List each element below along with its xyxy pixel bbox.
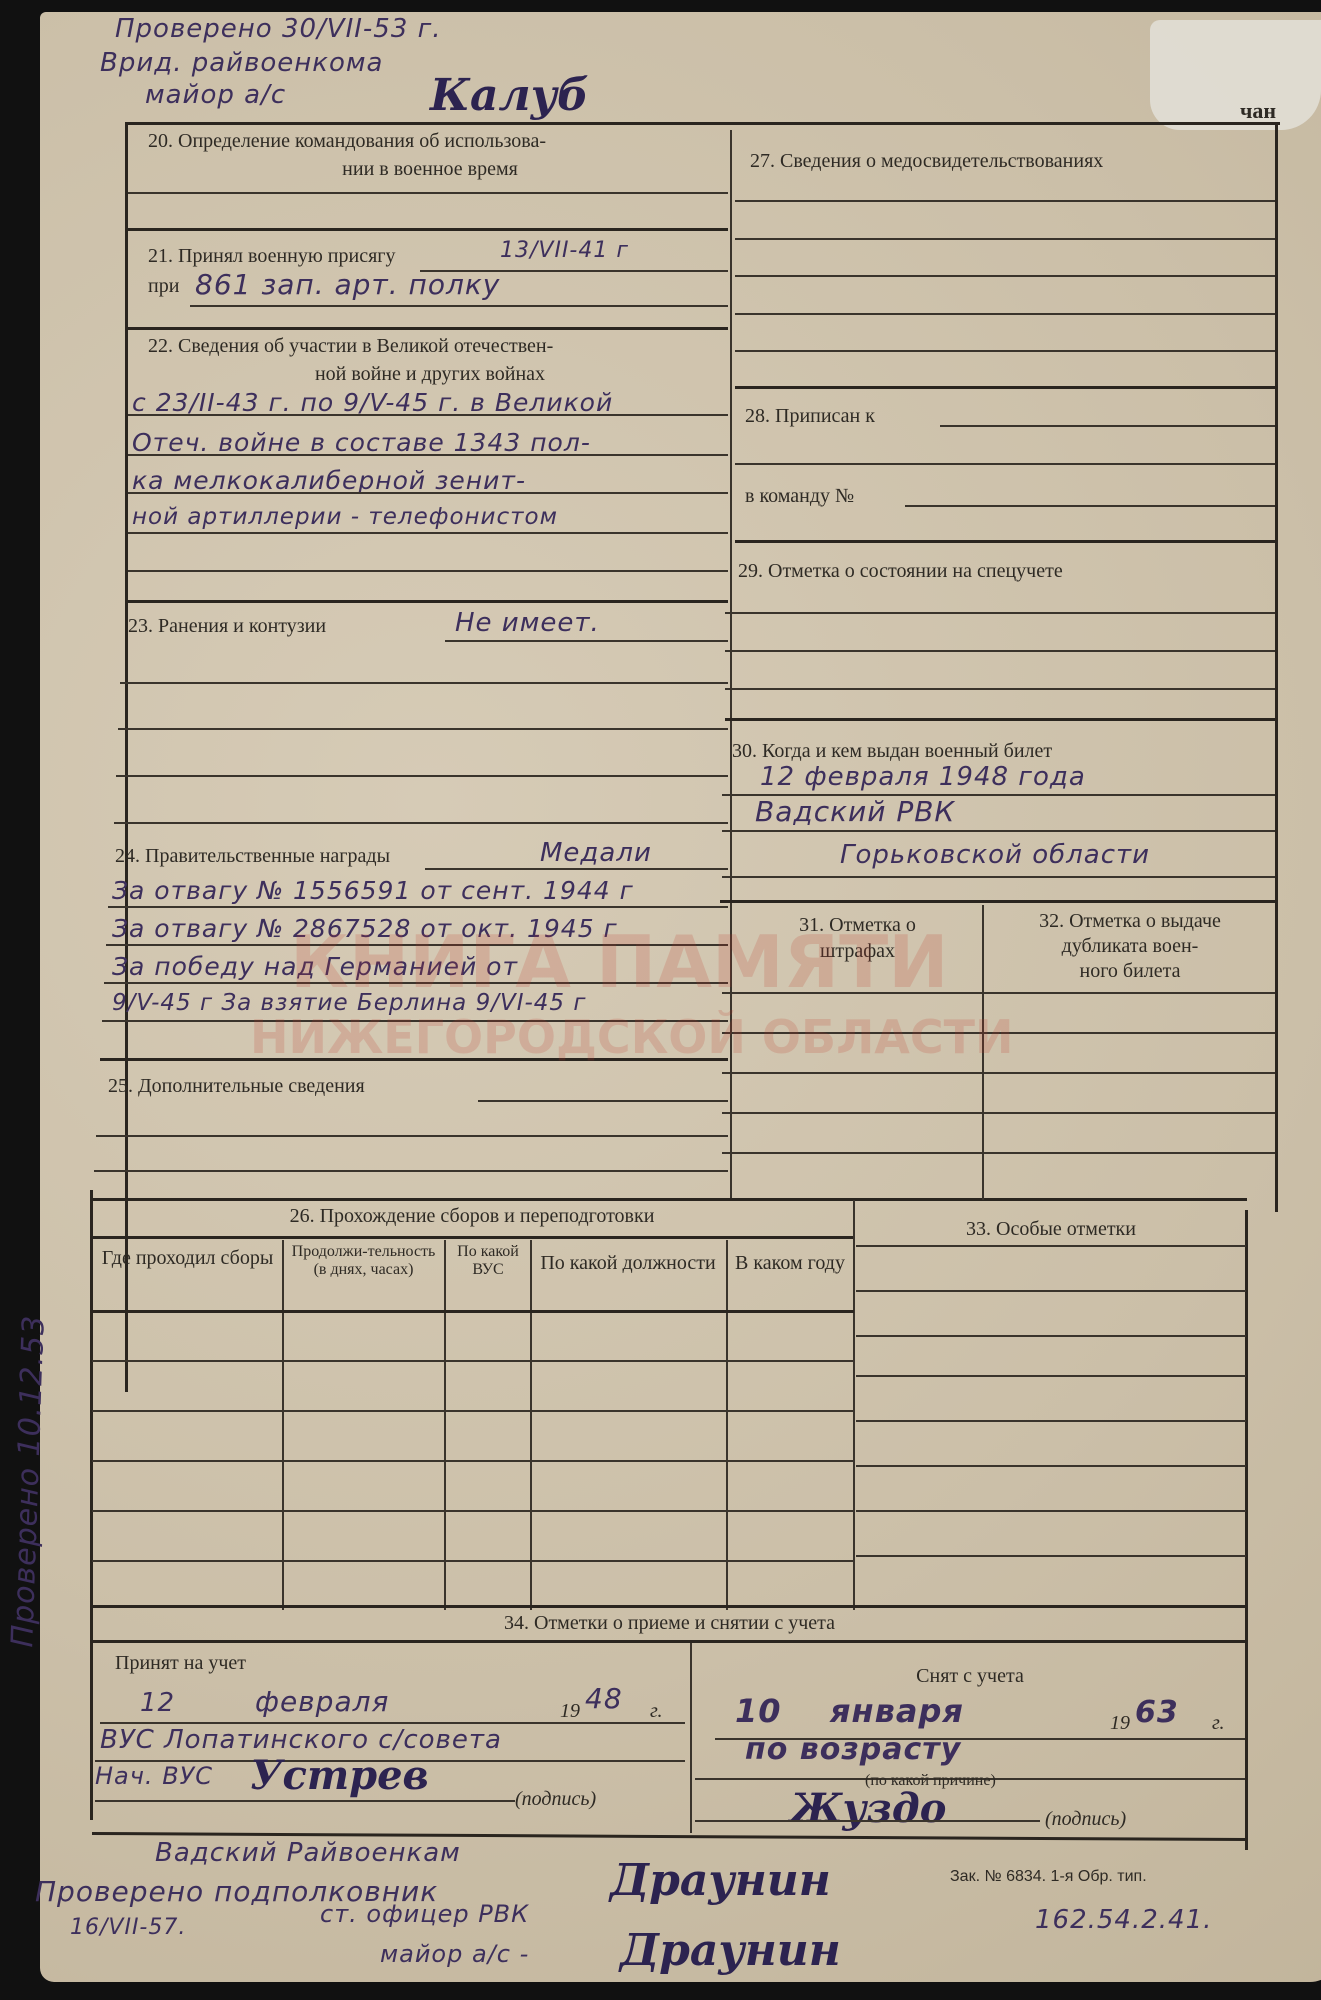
accepted-year: 48 bbox=[585, 1682, 623, 1715]
accepted-year-prefix: 19 bbox=[560, 1700, 580, 1723]
accepted-year-suffix: г. bbox=[650, 1700, 663, 1723]
table-right-border bbox=[853, 1200, 855, 1610]
rule bbox=[735, 463, 1275, 465]
field-27-label: 27. Сведения о медосвидетельствованиях bbox=[750, 150, 1103, 173]
rule bbox=[940, 425, 1275, 427]
bottom-signature-2: Драунин bbox=[620, 1925, 841, 1976]
accepted-line2: ВУС Лопатинского с/совета bbox=[100, 1725, 502, 1755]
field-28-team-label: в команду № bbox=[745, 485, 854, 508]
rule bbox=[445, 640, 728, 642]
field-34-divider bbox=[690, 1643, 692, 1833]
rule bbox=[92, 1310, 854, 1313]
frame-right-upper bbox=[1275, 122, 1278, 1212]
field-21-date: 13/VII-41 г bbox=[500, 238, 629, 263]
rule bbox=[856, 1420, 1246, 1422]
rule bbox=[92, 1640, 1247, 1643]
rule bbox=[118, 728, 728, 730]
top-signature: Калуб bbox=[430, 70, 589, 121]
rule bbox=[725, 688, 1275, 690]
rule bbox=[735, 200, 1275, 202]
bottom-date: 16/VII-57. bbox=[70, 1915, 186, 1940]
accepted-day: 12 bbox=[140, 1688, 175, 1718]
field-23-label: 23. Ранения и контузии bbox=[128, 615, 326, 638]
field-23-value: Не имеет. bbox=[455, 608, 600, 638]
rule bbox=[92, 1198, 1247, 1201]
frame-right-lower bbox=[1245, 1210, 1248, 1850]
removed-month: января bbox=[830, 1692, 964, 1730]
removed-signature: Жуздо bbox=[790, 1785, 946, 1832]
rule bbox=[116, 775, 728, 777]
rule bbox=[128, 454, 728, 456]
rule bbox=[722, 1072, 1275, 1074]
col-header-vus: По какой ВУС bbox=[447, 1243, 529, 1279]
table-row bbox=[92, 1510, 854, 1512]
frame-left-upper bbox=[125, 122, 128, 1392]
ticket-line2: Вадский РВК bbox=[755, 795, 955, 828]
rule bbox=[725, 650, 1275, 652]
field-22-line1: с 23/II-43 г. по 9/V-45 г. в Великой bbox=[132, 388, 613, 417]
accepted-line3: Нач. ВУС bbox=[95, 1762, 213, 1790]
rule bbox=[722, 830, 1275, 832]
rule bbox=[425, 868, 728, 870]
rule bbox=[128, 492, 728, 494]
frame-left-lower bbox=[90, 1190, 93, 1820]
ticket-line1: 12 февраля 1948 года bbox=[760, 762, 1086, 792]
col-divider bbox=[444, 1240, 446, 1610]
rule bbox=[722, 876, 1275, 878]
removed-day: 10 bbox=[735, 1692, 782, 1730]
rule bbox=[720, 900, 1275, 903]
rule bbox=[735, 313, 1275, 315]
table-row bbox=[92, 1360, 854, 1362]
removed-year-prefix: 19 bbox=[1110, 1712, 1130, 1735]
rule bbox=[856, 1555, 1246, 1557]
watermark-line2: НИЖЕГОРОДСКОЙ ОБЛАСТИ bbox=[250, 1010, 1014, 1064]
accepted-sign-label: (подпись) bbox=[515, 1788, 596, 1811]
field-28-label: 28. Приписан к bbox=[745, 405, 875, 428]
field-22-line4: ной артиллерии - телефонистом bbox=[132, 504, 558, 530]
rule bbox=[725, 718, 1275, 721]
field-21-label: 21. Принял военную присягу bbox=[148, 245, 396, 268]
rule bbox=[190, 305, 728, 307]
accepted-month: февраля bbox=[255, 1685, 389, 1718]
bottom-line4: майор а/с - bbox=[380, 1940, 529, 1968]
rule bbox=[856, 1465, 1246, 1467]
field-25-label: 25. Дополнительные сведения bbox=[108, 1075, 365, 1098]
removed-sign-label: (подпись) bbox=[1045, 1808, 1126, 1831]
top-note-line2: Врид. райвоенкома bbox=[100, 48, 383, 78]
col-header-where: Где проходил сборы bbox=[95, 1245, 280, 1271]
col-divider bbox=[282, 1240, 284, 1610]
award-line1: За отвагу № 1556591 от сент. 1944 г bbox=[112, 876, 634, 905]
paper-stain bbox=[1150, 20, 1321, 130]
field-20-label-cont: нии в военное время bbox=[130, 158, 730, 181]
ticket-line3: Горьковской области bbox=[840, 840, 1150, 870]
rule bbox=[856, 1510, 1246, 1512]
rule bbox=[856, 1375, 1246, 1377]
rule bbox=[128, 192, 728, 194]
col-divider bbox=[726, 1240, 728, 1610]
rule bbox=[722, 1112, 1275, 1114]
removed-label: Снят с учета bbox=[695, 1665, 1245, 1688]
field-32-label-cont2: ного билета bbox=[985, 960, 1275, 983]
field-22-label-cont: ной войне и других войнах bbox=[130, 363, 730, 386]
table-row bbox=[92, 1560, 854, 1562]
rule bbox=[92, 1605, 1247, 1608]
col-header-year: В каком году bbox=[730, 1250, 850, 1276]
field-24-label: 24. Правительственные награды bbox=[115, 845, 390, 868]
field-22-label: 22. Сведения об участии в Великой отечес… bbox=[148, 335, 553, 358]
rule bbox=[856, 1335, 1246, 1337]
rule bbox=[735, 350, 1275, 352]
rule bbox=[94, 1170, 728, 1172]
table-row bbox=[92, 1410, 854, 1412]
bottom-signature-1: Драунин bbox=[610, 1855, 831, 1906]
rule bbox=[735, 540, 1275, 543]
rule bbox=[128, 600, 728, 603]
field-20-label: 20. Определение командования об использо… bbox=[148, 130, 546, 153]
col-divider bbox=[530, 1240, 532, 1610]
field-29-label: 29. Отметка о состоянии на спецучете bbox=[738, 560, 1063, 583]
frame-top bbox=[125, 122, 1280, 125]
top-note-line1: Проверено 30/VII-53 г. bbox=[115, 14, 442, 44]
archive-code: 162.54.2.41. bbox=[1035, 1905, 1212, 1935]
accepted-label: Принят на учет bbox=[115, 1652, 246, 1675]
field-21-at-label: при bbox=[148, 275, 179, 298]
col-header-duration: Продолжи-тельность (в днях, часах) bbox=[285, 1243, 442, 1279]
rule bbox=[128, 228, 728, 231]
rule bbox=[100, 1722, 685, 1724]
corner-text: чан bbox=[1240, 98, 1276, 124]
field-33-label: 33. Особые отметки bbox=[856, 1218, 1246, 1241]
rule bbox=[128, 414, 728, 416]
rule bbox=[128, 532, 728, 534]
rule bbox=[108, 906, 728, 908]
removed-year-suffix: г. bbox=[1212, 1712, 1225, 1735]
field-34-title: 34. Отметки о приеме и снятии с учета bbox=[92, 1612, 1247, 1635]
col-header-position: По какой должности bbox=[533, 1250, 723, 1276]
rule bbox=[735, 275, 1275, 277]
field-22-line2: Отеч. войне в составе 1343 пол- bbox=[132, 428, 591, 457]
field-32-label: 32. Отметка о выдаче bbox=[985, 910, 1275, 933]
rule bbox=[128, 570, 728, 572]
rule bbox=[92, 1236, 854, 1239]
accepted-signature: Устрев bbox=[250, 1752, 429, 1799]
rule bbox=[96, 1135, 728, 1137]
rule bbox=[695, 1820, 1040, 1822]
field-26-title: 26. Прохождение сборов и переподготовки bbox=[92, 1205, 852, 1228]
rule bbox=[856, 1290, 1246, 1292]
top-note-line3: майор а/с bbox=[145, 80, 286, 110]
bottom-line3: ст. офицер РВК bbox=[320, 1900, 529, 1928]
field-22-line3: ка мелкокалиберной зенит- bbox=[132, 466, 526, 495]
rule bbox=[128, 327, 728, 330]
rule bbox=[725, 612, 1275, 614]
print-info: Зак. № 6834. 1-я Обр. тип. bbox=[950, 1868, 1147, 1886]
removed-year: 63 bbox=[1135, 1695, 1179, 1730]
rule bbox=[722, 1152, 1275, 1154]
field-24-first: Медали bbox=[540, 838, 652, 868]
watermark-line1: КНИГА ПАМЯТИ bbox=[290, 920, 948, 1004]
rule bbox=[905, 505, 1275, 507]
field-21-unit: 861 зап. арт. полку bbox=[195, 268, 500, 301]
bottom-line1: Вадский Райвоенкам bbox=[155, 1838, 461, 1868]
field-32-label-cont: дубликата воен- bbox=[985, 935, 1275, 958]
field-30-label: 30. Когда и кем выдан военный билет bbox=[732, 740, 1052, 763]
rule bbox=[478, 1100, 728, 1102]
rule bbox=[735, 238, 1275, 240]
rule bbox=[856, 1245, 1246, 1247]
rule bbox=[95, 1800, 515, 1802]
rule bbox=[114, 822, 728, 824]
removed-reason: по возрасту bbox=[745, 1732, 961, 1767]
table-row bbox=[92, 1460, 854, 1462]
rule bbox=[120, 682, 728, 684]
rule bbox=[735, 386, 1275, 389]
